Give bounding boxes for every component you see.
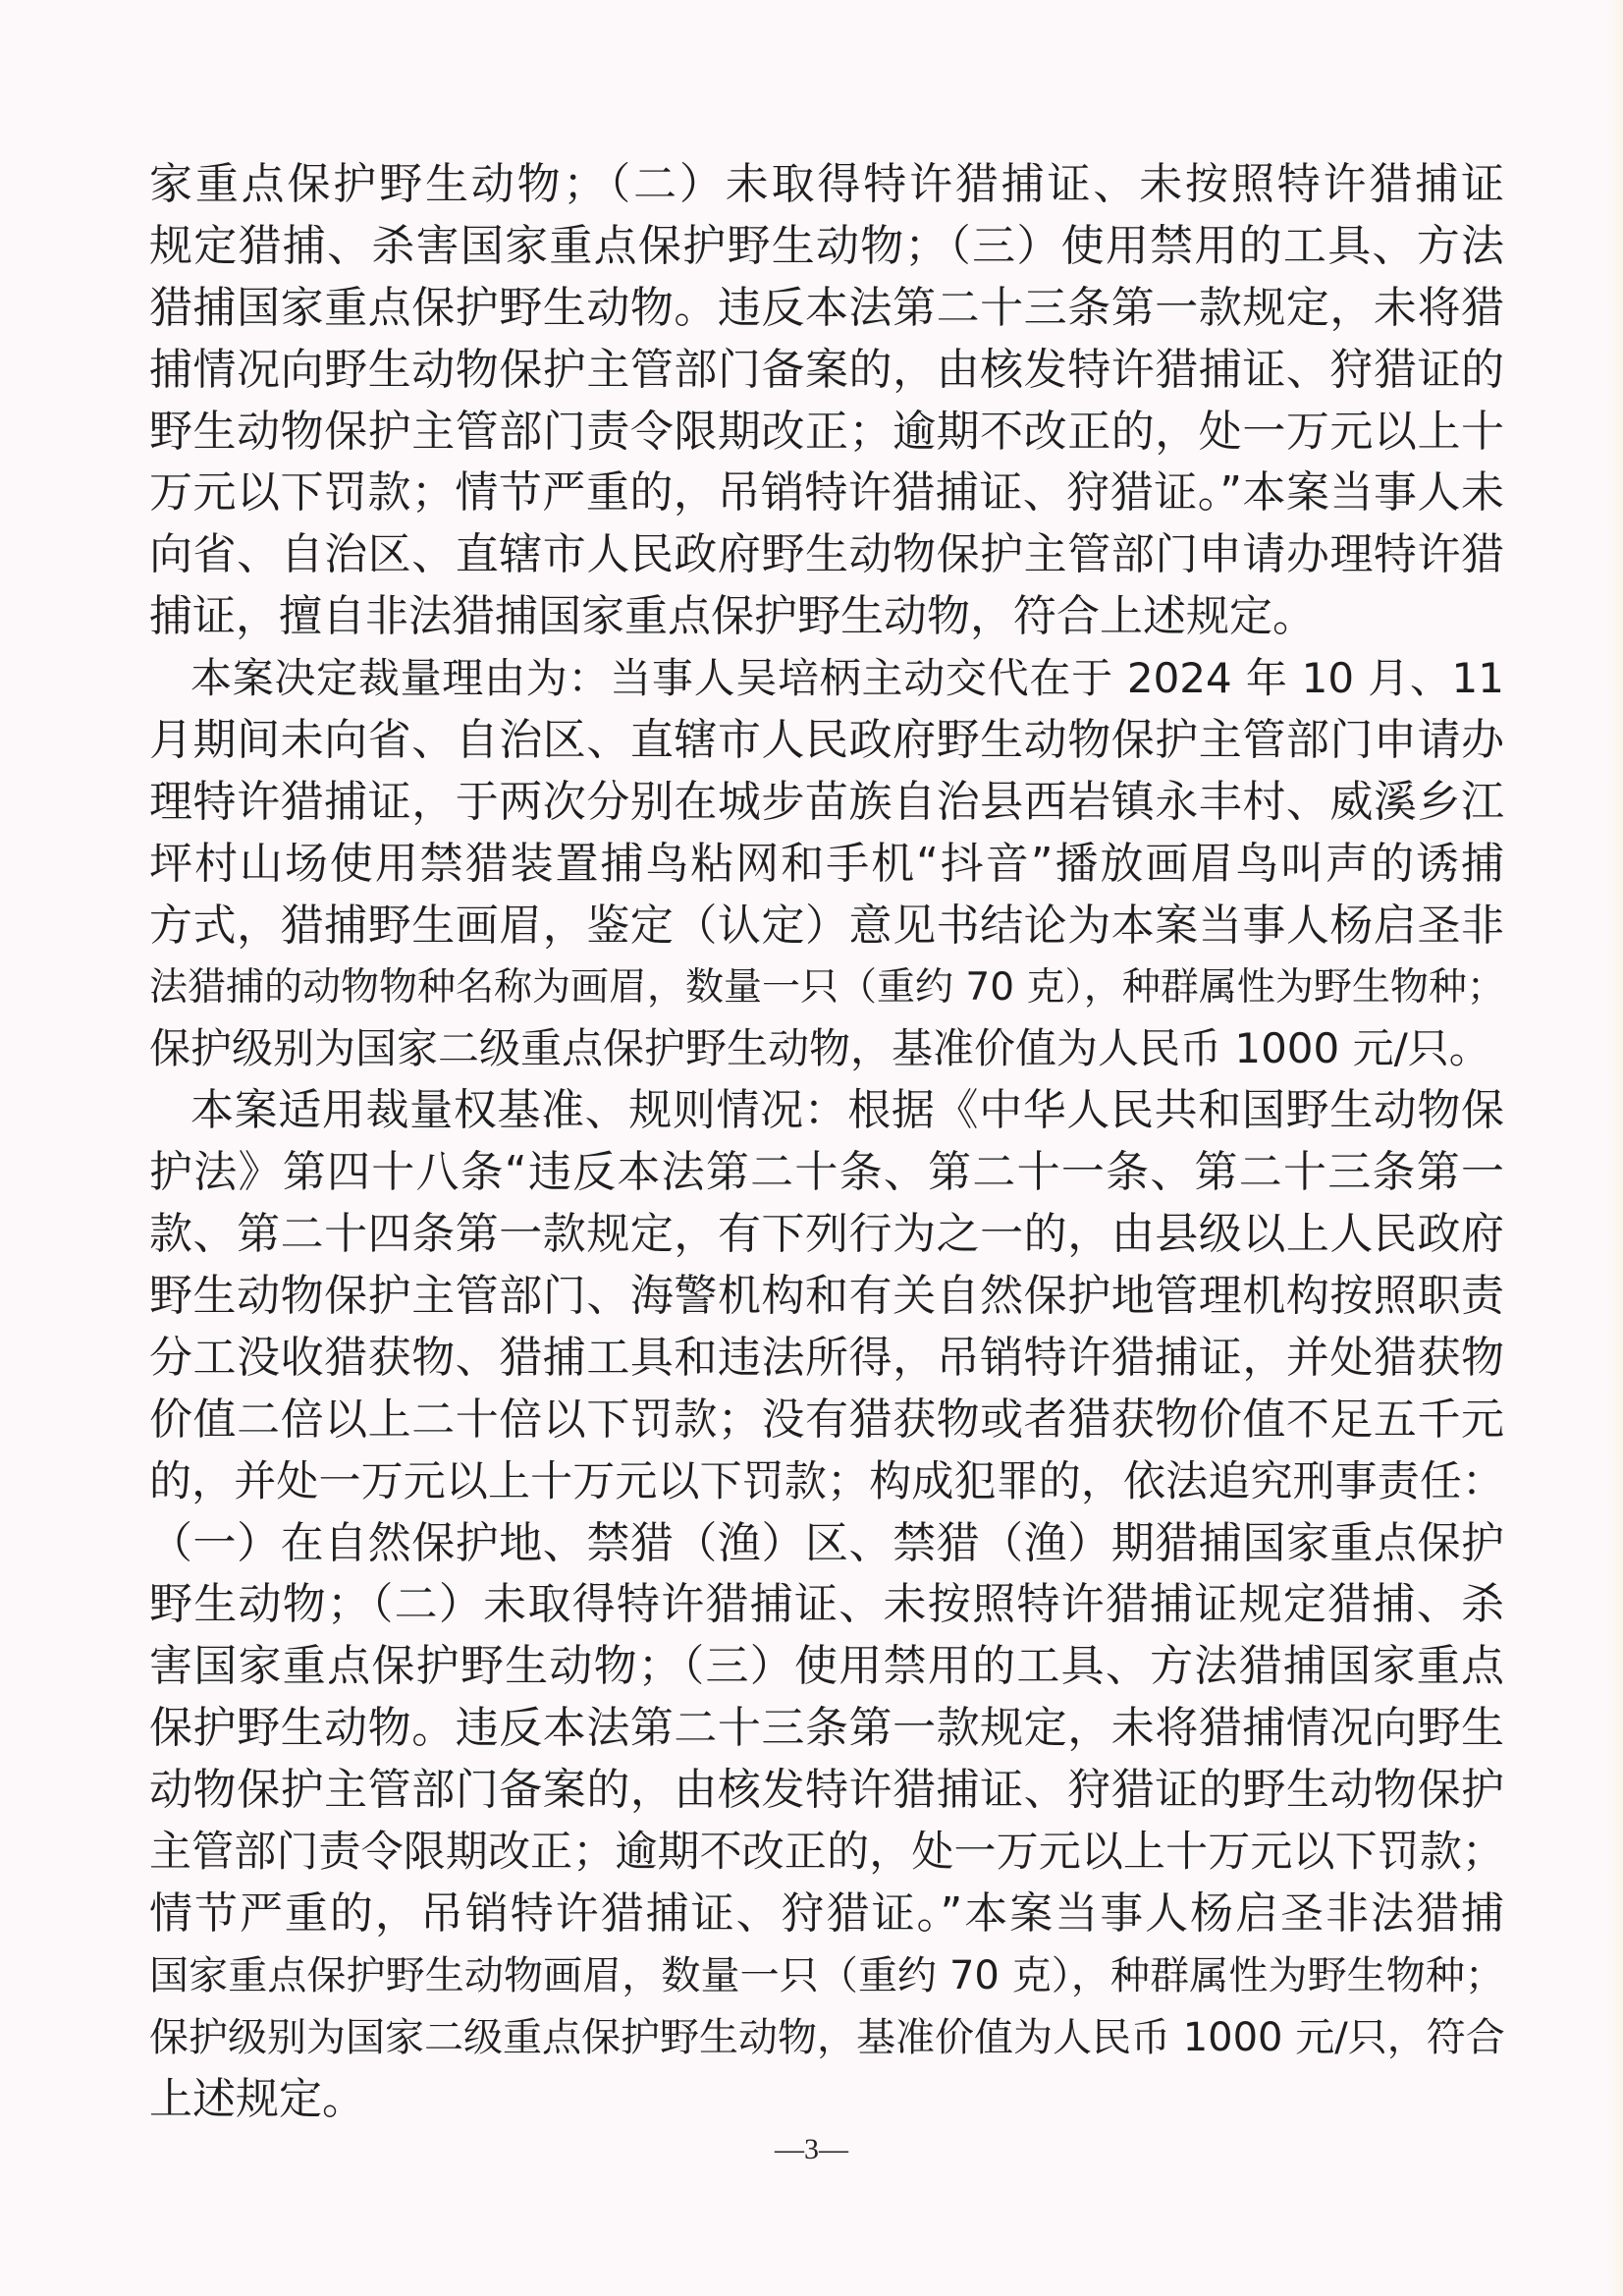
text-line: 保护野生动物。违反本法第二十三条第一款规定，未将猎捕情况向野生 [149,1698,1504,1760]
text-line: 野生动物保护主管部门责令限期改正；逾期不改正的，处一万元以上十 [149,402,1504,464]
text-line: 野生动物保护主管部门、海警机构和有关自然保护地管理机构按照职责 [149,1266,1504,1328]
text-line: 的，并处一万元以上十万元以下罚款；构成犯罪的，依法追究刑事责任： [149,1451,1504,1513]
text-line: 理特许猎捕证，于两次分别在城步苗族自治县西岩镇永丰村、威溪乡江 [149,772,1504,834]
text-line: 款、第二十四条第一款规定，有下列行为之一的，由县级以上人民政府 [149,1204,1504,1266]
text-line: 国家重点保护野生动物画眉，数量一只（重约 70 克），种群属性为野生物种； [149,1945,1504,2007]
text-line: 猎捕国家重点保护野生动物。违反本法第二十三条第一款规定，未将猎 [149,278,1504,340]
text-line: 上述规定。 [149,2069,1504,2131]
text-line: 万元以下罚款；情节严重的，吊销特许猎捕证、狩猎证。”本案当事人未 [149,463,1504,524]
text-line: 价值二倍以上二十倍以下罚款；没有猎获物或者猎获物价值不足五千元 [149,1390,1504,1451]
text-line: 法猎捕的动物物种名称为画眉，数量一只（重约 70 克），种群属性为野生物种； [149,957,1504,1019]
text-line: 野生动物；（二）未取得特许猎捕证、未按照特许猎捕证规定猎捕、杀 [149,1574,1504,1636]
text-line: 月期间未向省、自治区、直辖市人民政府野生动物保护主管部门申请办 [149,710,1504,772]
scan-page-edge [1607,0,1623,2296]
paragraph-continuation: 家重点保护野生动物；（二）未取得特许猎捕证、未按照特许猎捕证 规定猎捕、杀害国家… [149,154,1504,648]
text-line: 情节严重的，吊销特许猎捕证、狩猎证。”本案当事人杨启圣非法猎捕 [149,1884,1504,1945]
text-line: 害国家重点保护野生动物；（三）使用禁用的工具、方法猎捕国家重点 [149,1636,1504,1698]
text-line: 分工没收猎获物、猎捕工具和违法所得，吊销特许猎捕证，并处猎获物 [149,1328,1504,1390]
text-line: 坪村山场使用禁猎装置捕鸟粘网和手机“抖音”播放画眉鸟叫声的诱捕 [149,834,1504,896]
text-line: （一）在自然保护地、禁猎（渔）区、禁猎（渔）期猎捕国家重点保护 [149,1513,1504,1575]
text-line: 保护级别为国家二级重点保护野生动物，基准价值为人民币 1000 元/只，符合 [149,2007,1504,2069]
text-line: 家重点保护野生动物；（二）未取得特许猎捕证、未按照特许猎捕证 [149,154,1504,216]
text-line: 主管部门责令限期改正；逾期不改正的，处一万元以上十万元以下罚款； [149,1822,1504,1884]
text-line: 捕情况向野生动物保护主管部门备案的，由核发特许猎捕证、狩猎证的 [149,340,1504,402]
text-line: 本案决定裁量理由为：当事人吴培柄主动交代在于 2024 年 10 月、11 [149,648,1504,710]
text-line: 规定猎捕、杀害国家重点保护野生动物；（三）使用禁用的工具、方法 [149,216,1504,278]
text-line: 动物保护主管部门备案的，由核发特许猎捕证、狩猎证的野生动物保护 [149,1760,1504,1822]
text-line: 护法》第四十八条“违反本法第二十条、第二十一条、第二十三条第一 [149,1142,1504,1204]
paragraph-discretion-standards: 本案适用裁量权基准、规则情况：根据《中华人民共和国野生动物保 护法》第四十八条“… [149,1080,1504,2130]
text-line: 方式，猎捕野生画眉，鉴定（认定）意见书结论为本案当事人杨启圣非 [149,896,1504,957]
text-line: 向省、自治区、直辖市人民政府野生动物保护主管部门申请办理特许猎 [149,524,1504,586]
text-line: 本案适用裁量权基准、规则情况：根据《中华人民共和国野生动物保 [149,1080,1504,1142]
text-line: 保护级别为国家二级重点保护野生动物，基准价值为人民币 1000 元/只。 [149,1018,1504,1080]
page-number: —3— [0,2133,1623,2166]
paragraph-discretion-reasons: 本案决定裁量理由为：当事人吴培柄主动交代在于 2024 年 10 月、11 月期… [149,648,1504,1080]
document-body: 家重点保护野生动物；（二）未取得特许猎捕证、未按照特许猎捕证 规定猎捕、杀害国家… [149,154,1504,2131]
text-line: 捕证，擅自非法猎捕国家重点保护野生动物，符合上述规定。 [149,586,1504,648]
